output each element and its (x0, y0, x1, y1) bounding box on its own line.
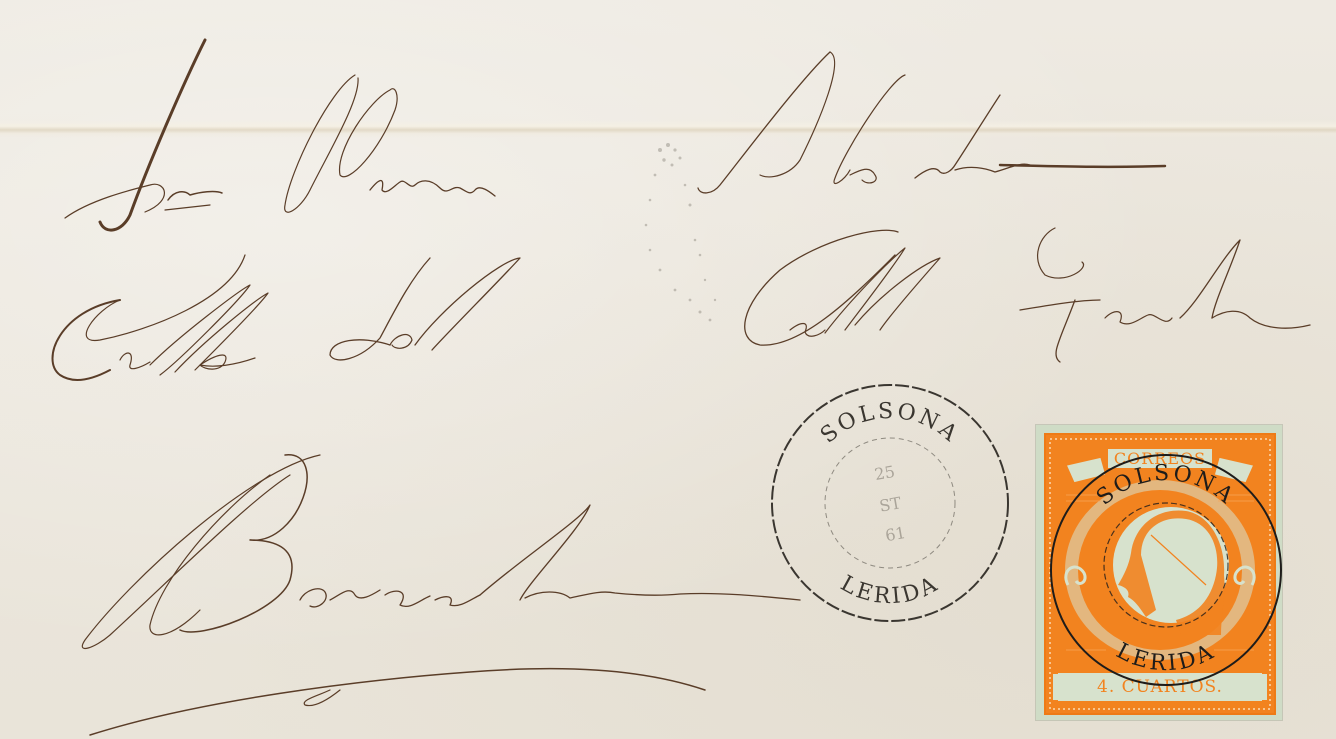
postage-stamp: CORREOS (1036, 425, 1282, 720)
postal-cover: Sr. Pedro Soldevilla (0, 0, 1336, 739)
postmark-year: 61 (884, 523, 907, 545)
postmark-month: ST (878, 493, 903, 516)
svg-text:LERIDA: LERIDA (1112, 639, 1220, 677)
svg-text:SOLSONA: SOLSONA (816, 399, 964, 449)
postmark-day: 25 (873, 462, 896, 484)
postmark-province: LERIDA (836, 571, 943, 609)
cancel-province: LERIDA (1112, 639, 1220, 677)
solsona-postmark: SOLSONA LERIDA 25 ST 61 (765, 378, 1015, 628)
postmark-town: SOLSONA (816, 399, 964, 449)
svg-text:LERIDA: LERIDA (836, 571, 943, 609)
stamp-cancellation: SOLSONA LERIDA (1016, 435, 1306, 695)
